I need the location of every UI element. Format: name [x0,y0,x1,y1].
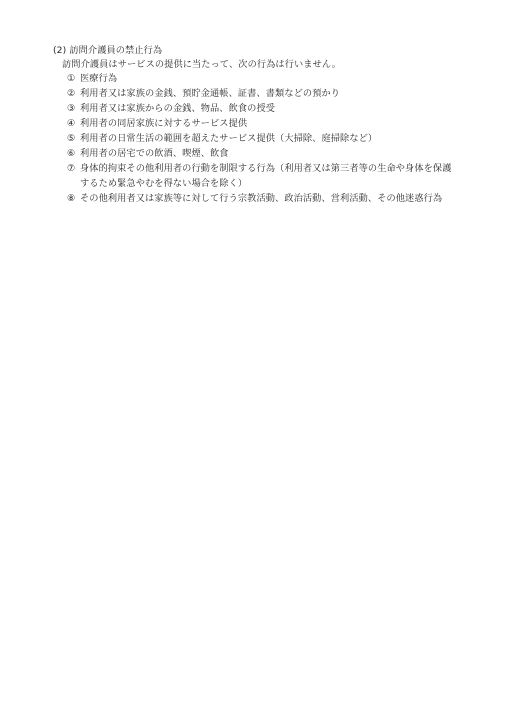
list-item: ⑥利用者の居宅での飲酒、喫煙、飲食 [67,148,229,160]
section-heading: (2) 訪問介護員の禁止行為 [53,45,162,57]
item-text: その他利用者又は家族等に対して行う宗教活動、政治活動、営利活動、その他迷惑行為 [80,193,442,204]
item-text: 利用者又は家族からの金銭、物品、飲食の授受 [80,103,275,114]
list-item-continuation: するため緊急やむを得ない場合を除く） [80,178,247,190]
item-text: 利用者の居宅での飲酒、喫煙、飲食 [80,148,229,159]
item-number: ① [67,73,80,85]
list-item: ⑤利用者の日常生活の範囲を超えたサービス提供（大掃除、庭掃除など） [67,133,377,145]
item-number: ⑤ [67,133,80,145]
item-text: 利用者の同居家族に対するサービス提供 [80,118,247,129]
list-item: ⑦身体的拘束その他利用者の行動を制限する行為（利用者又は第三者等の生命や身体を保… [67,163,452,175]
item-number: ⑧ [67,193,80,205]
list-item: ②利用者又は家族の金銭、預貯金通帳、証書、書類などの預かり [67,88,340,100]
item-text: 身体的拘束その他利用者の行動を制限する行為（利用者又は第三者等の生命や身体を保護 [80,163,452,174]
section-intro: 訪問介護員はサービスの提供に当たって、次の行為は行いません。 [62,59,341,71]
item-text: 利用者又は家族の金銭、預貯金通帳、証書、書類などの預かり [80,88,340,99]
item-number: ④ [67,118,80,130]
item-number: ② [67,88,80,100]
item-number: ⑥ [67,148,80,160]
item-text: 医療行為 [80,73,117,84]
item-number: ⑦ [67,163,80,175]
item-text: 利用者の日常生活の範囲を超えたサービス提供（大掃除、庭掃除など） [80,133,377,144]
list-item: ④利用者の同居家族に対するサービス提供 [67,118,247,130]
list-item: ③利用者又は家族からの金銭、物品、飲食の授受 [67,103,275,115]
document-page: (2) 訪問介護員の禁止行為 訪問介護員はサービスの提供に当たって、次の行為は行… [0,0,509,720]
item-number: ③ [67,103,80,115]
list-item: ①医療行為 [67,73,117,85]
list-item: ⑧その他利用者又は家族等に対して行う宗教活動、政治活動、営利活動、その他迷惑行為 [67,193,442,205]
